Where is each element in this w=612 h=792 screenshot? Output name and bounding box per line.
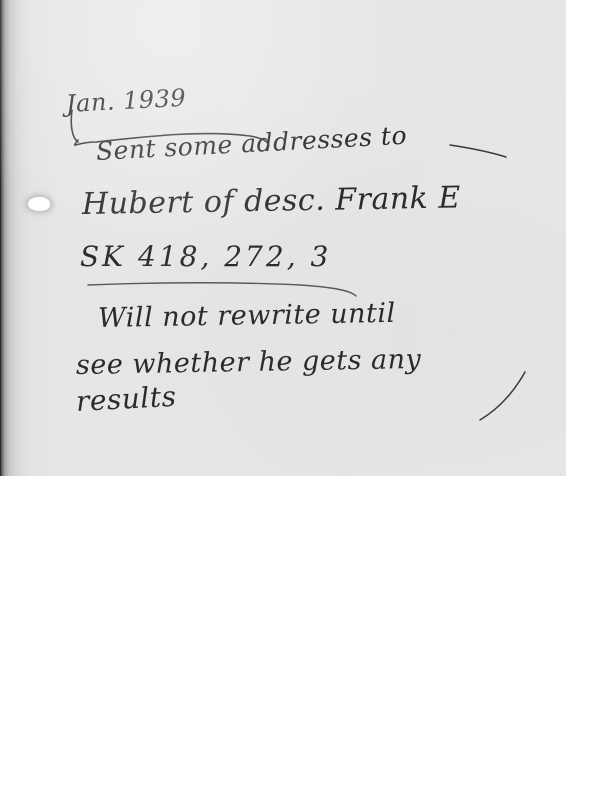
note-line-6: results <box>75 380 177 418</box>
note-date: Jan. 1939 <box>65 84 187 118</box>
note-line-4: Will not rewrite until <box>98 298 396 334</box>
note-line-2: Hubert of desc. Frank E <box>82 180 461 222</box>
scanned-page: Jan. 1939 Sent some addresses to Hubert … <box>0 0 612 792</box>
note-line-1: Sent some addresses to <box>95 121 407 166</box>
note-paper: Jan. 1939 Sent some addresses to Hubert … <box>0 0 566 476</box>
punch-hole <box>27 196 50 212</box>
note-line-5: see whether he gets any <box>76 344 422 381</box>
note-line-3: SK 418, 272, 3 <box>80 240 331 273</box>
